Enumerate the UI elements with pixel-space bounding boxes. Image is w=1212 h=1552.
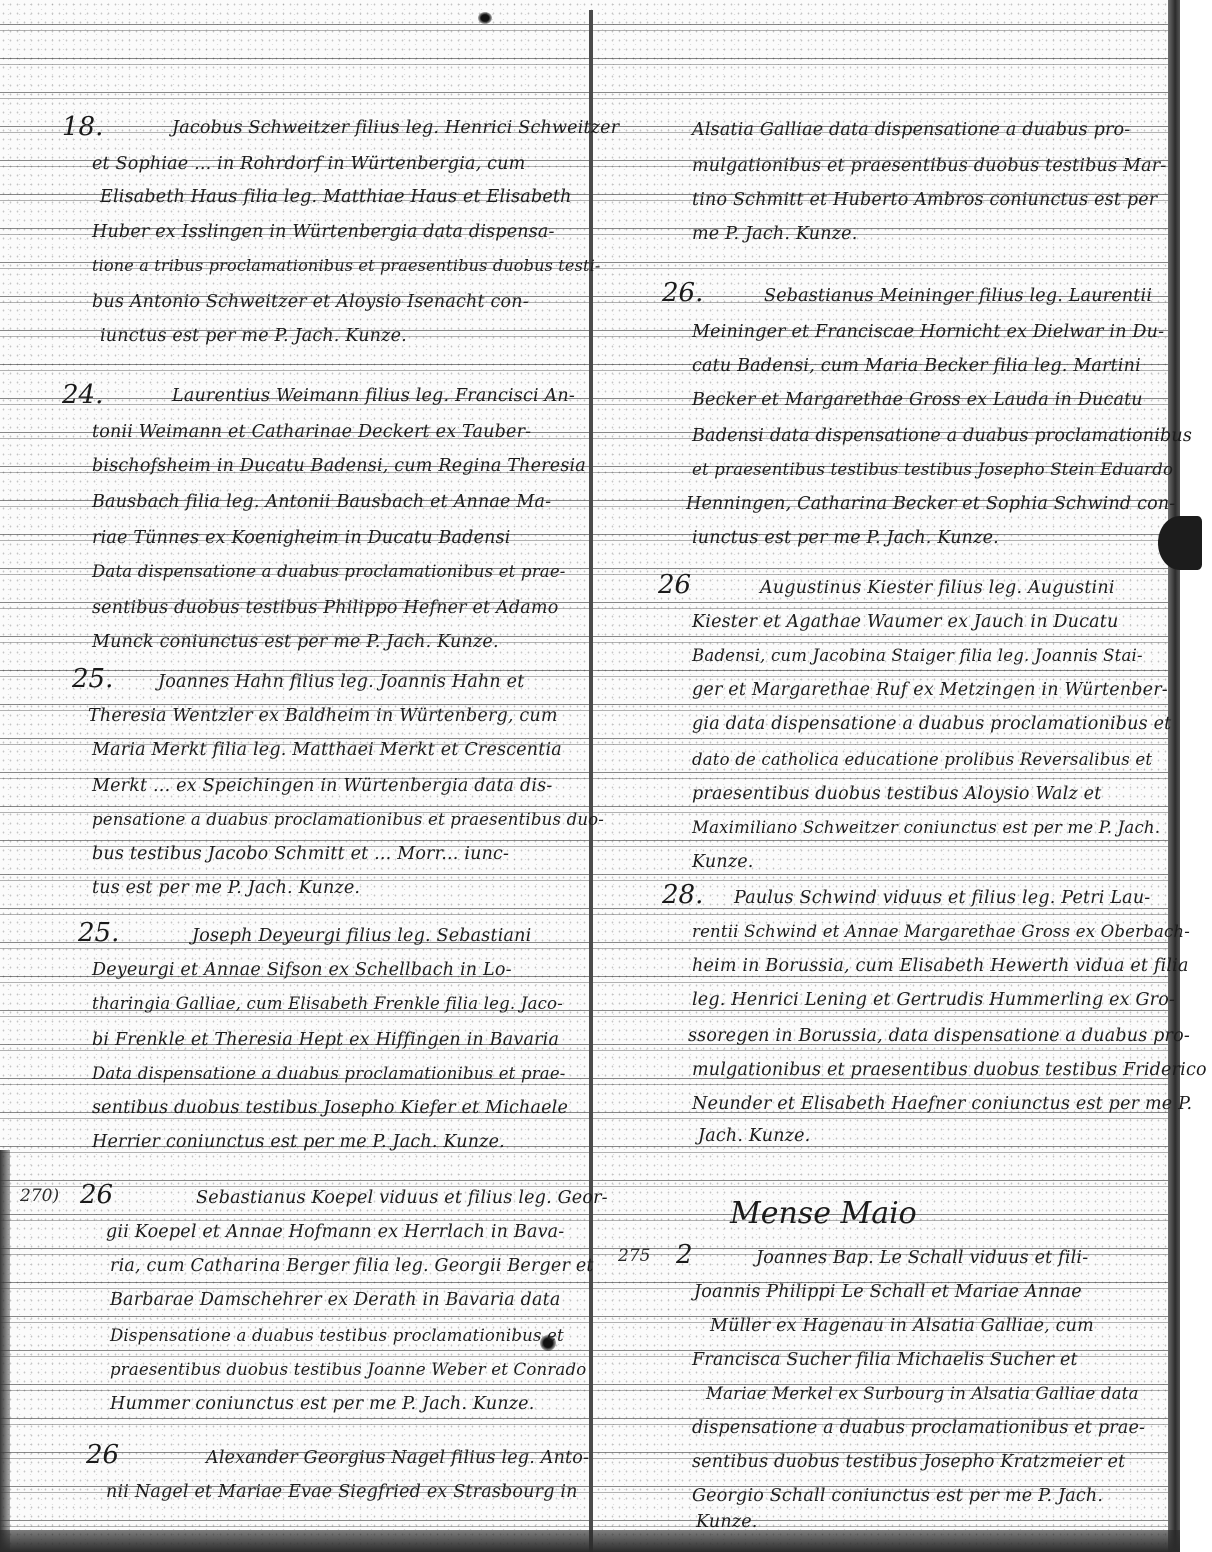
entry-line: Hummer coniunctus est per me P. Jach. Ku… — [110, 1394, 535, 1414]
entry-line: ger et Margarethae Ruf ex Metzingen in W… — [692, 680, 1168, 700]
entry-line: Data dispensatione a duabus proclamation… — [92, 1064, 566, 1083]
entry-line: Huber ex Isslingen in Würtenbergia data … — [92, 222, 555, 242]
entry-line: me P. Jach. Kunze. — [692, 224, 857, 244]
entry-line: dispensatione a duabus proclamationibus … — [692, 1418, 1145, 1438]
entry-line: Alexander Georgius Nagel filius leg. Ant… — [206, 1448, 589, 1468]
entry-date-number: 18. — [62, 112, 103, 142]
entry-line: Badensi data dispensatione a duabus proc… — [692, 426, 1192, 446]
entry-date-number: 28. — [662, 880, 703, 910]
entry-line: Jacobus Schweitzer filius leg. Henrici S… — [172, 118, 619, 138]
entry-line: Merkt ... ex Speichingen in Würtenbergia… — [92, 776, 552, 796]
entry-line: Henningen, Catharina Becker et Sophia Sc… — [686, 494, 1175, 514]
entry-line: dato de catholica educatione prolibus Re… — [692, 750, 1152, 769]
entry-line: Mariae Merkel ex Surbourg in Alsatia Gal… — [706, 1384, 1139, 1403]
entry-line: catu Badensi, cum Maria Becker filia leg… — [692, 356, 1141, 376]
entry-line: mulgationibus et praesentibus duobus tes… — [692, 1060, 1207, 1080]
entry-line: Neunder et Elisabeth Haefner coniunctus … — [692, 1094, 1192, 1114]
entry-line: rentii Schwind et Annae Margarethae Gros… — [692, 922, 1190, 941]
entry-line: tino Schmitt et Huberto Ambros coniunctu… — [692, 190, 1157, 210]
entry-line: nii Nagel et Mariae Evae Siegfried ex St… — [106, 1482, 578, 1502]
entry-line: Sebastianus Meininger filius leg. Lauren… — [764, 286, 1152, 306]
entry-line: tonii Weimann et Catharinae Deckert ex T… — [92, 422, 531, 442]
entry-line: Joseph Deyeurgi filius leg. Sebastiani — [192, 926, 531, 946]
entry-date-number: 26 — [80, 1180, 113, 1210]
entry-line: Data dispensatione a duabus proclamation… — [92, 562, 566, 581]
register-page: 18. Jacobus Schweitzer filius leg. Henri… — [0, 0, 1212, 1552]
entry-line: Deyeurgi et Annae Sifson ex Schellbach i… — [92, 960, 512, 980]
entry-line: Jach. Kunze. — [698, 1126, 810, 1146]
scan-margin-right — [1180, 0, 1212, 1552]
entry-line: bi Frenkle et Theresia Hept ex Hiffingen… — [92, 1030, 559, 1050]
entry-line: sentibus duobus testibus Josepho Kiefer … — [92, 1098, 568, 1118]
entry-line: Georgio Schall coniunctus est per me P. … — [692, 1486, 1103, 1506]
entry-line: pensatione a duabus proclamationibus et … — [92, 810, 604, 829]
entry-line: sentibus duobus testibus Philippo Hefner… — [92, 598, 558, 618]
entry-line: Barbarae Damschehrer ex Derath in Bavari… — [110, 1290, 561, 1310]
entry-line: Joannes Bap. Le Schall viduus et fili- — [756, 1248, 1088, 1268]
ink-blot-mark — [1158, 516, 1202, 570]
entry-line: praesentibus duobus testibus Joanne Webe… — [110, 1360, 586, 1379]
entry-line: ssoregen in Borussia, data dispensatione… — [688, 1026, 1190, 1046]
entry-line: ria, cum Catharina Berger filia leg. Geo… — [110, 1256, 594, 1276]
entry-line: mulgationibus et praesentibus duobus tes… — [692, 156, 1166, 176]
entry-line: Joannis Philippi Le Schall et Mariae Ann… — [694, 1282, 1082, 1302]
entry-line: heim in Borussia, cum Elisabeth Hewerth … — [692, 956, 1189, 976]
scan-edge-shadow-right — [1168, 0, 1180, 1552]
entry-line: iunctus est per me P. Jach. Kunze. — [100, 326, 407, 346]
entry-line: Augustinus Kiester filius leg. Augustini — [760, 578, 1115, 598]
entry-line: bus Antonio Schweitzer et Aloysio Isenac… — [92, 292, 529, 312]
scan-edge-shadow-bottom — [0, 1530, 1180, 1552]
entry-date-number: 25. — [78, 918, 119, 948]
entry-line: sentibus duobus testibus Josepho Kratzme… — [692, 1452, 1125, 1472]
entry-line: gia data dispensatione a duabus proclama… — [692, 714, 1171, 734]
entry-line: Meininger et Franciscae Hornicht ex Diel… — [692, 322, 1164, 342]
entry-line: Müller ex Hagenau in Alsatia Galliae, cu… — [710, 1316, 1094, 1336]
entry-line: Kunze. — [692, 852, 754, 872]
entry-date-number: 24. — [62, 380, 103, 410]
entry-line: Paulus Schwind viduus et filius leg. Pet… — [734, 888, 1150, 908]
ink-spot-mark — [478, 12, 492, 24]
entry-date-number: 26 — [86, 1440, 119, 1470]
entry-line: gii Koepel et Annae Hofmann ex Herrlach … — [106, 1222, 564, 1242]
entry-date-number: 25. — [72, 664, 113, 694]
margin-reference-number: 275 — [618, 1246, 650, 1266]
scan-edge-shadow-left — [0, 1150, 10, 1552]
entry-line: Becker et Margarethae Gross ex Lauda in … — [692, 390, 1143, 410]
entry-line: Kunze. — [696, 1512, 758, 1532]
entry-line: tus est per me P. Jach. Kunze. — [92, 878, 360, 898]
entry-line: bischofsheim in Ducatu Badensi, cum Regi… — [92, 456, 586, 476]
month-heading: Mense Maio — [730, 1196, 917, 1231]
entry-line: leg. Henrici Lening et Gertrudis Hummerl… — [692, 990, 1175, 1010]
margin-reference-number: 270) — [20, 1186, 59, 1206]
entry-line: Munck coniunctus est per me P. Jach. Kun… — [92, 632, 499, 652]
column-divider — [589, 10, 593, 1552]
entry-date-number: 26 — [658, 570, 691, 600]
entry-line: Sebastianus Koepel viduus et filius leg.… — [196, 1188, 608, 1208]
entry-line: tione a tribus proclamationibus et praes… — [92, 256, 601, 275]
entry-line: tharingia Galliae, cum Elisabeth Frenkle… — [92, 994, 563, 1013]
entry-line: Joannes Hahn filius leg. Joannis Hahn et — [158, 672, 524, 692]
entry-line: Kiester et Agathae Waumer ex Jauch in Du… — [692, 612, 1118, 632]
entry-line: Elisabeth Haus filia leg. Matthiae Haus … — [100, 187, 572, 207]
entry-line: et Sophiae ... in Rohrdorf in Würtenberg… — [92, 154, 525, 174]
entry-line: Badensi, cum Jacobina Staiger filia leg.… — [692, 646, 1143, 665]
entry-line: et praesentibus testibus testibus Joseph… — [692, 460, 1173, 479]
entry-date-number: 2 — [676, 1240, 693, 1270]
entry-line: Bausbach filia leg. Antonii Bausbach et … — [92, 492, 551, 512]
entry-line: Francisca Sucher filia Michaelis Sucher … — [692, 1350, 1078, 1370]
entry-line: Maximiliano Schweitzer coniunctus est pe… — [692, 818, 1160, 837]
entry-line: iunctus est per me P. Jach. Kunze. — [692, 528, 999, 548]
entry-date-number: 26. — [662, 278, 703, 308]
entry-line: praesentibus duobus testibus Aloysio Wal… — [692, 784, 1101, 804]
entry-line: Theresia Wentzler ex Baldheim in Würtenb… — [88, 706, 558, 726]
entry-line: riae Tünnes ex Koenigheim in Ducatu Bade… — [92, 528, 511, 548]
entry-line: bus testibus Jacobo Schmitt et ... Morr.… — [92, 844, 509, 864]
entry-line: Alsatia Galliae data dispensatione a dua… — [692, 120, 1130, 140]
entry-line: Laurentius Weimann filius leg. Francisci… — [172, 386, 575, 406]
entry-line: Herrier coniunctus est per me P. Jach. K… — [92, 1132, 505, 1152]
entry-line: Dispensatione a duabus testibus proclama… — [110, 1326, 564, 1345]
entry-line: Maria Merkt filia leg. Matthaei Merkt et… — [92, 740, 562, 760]
